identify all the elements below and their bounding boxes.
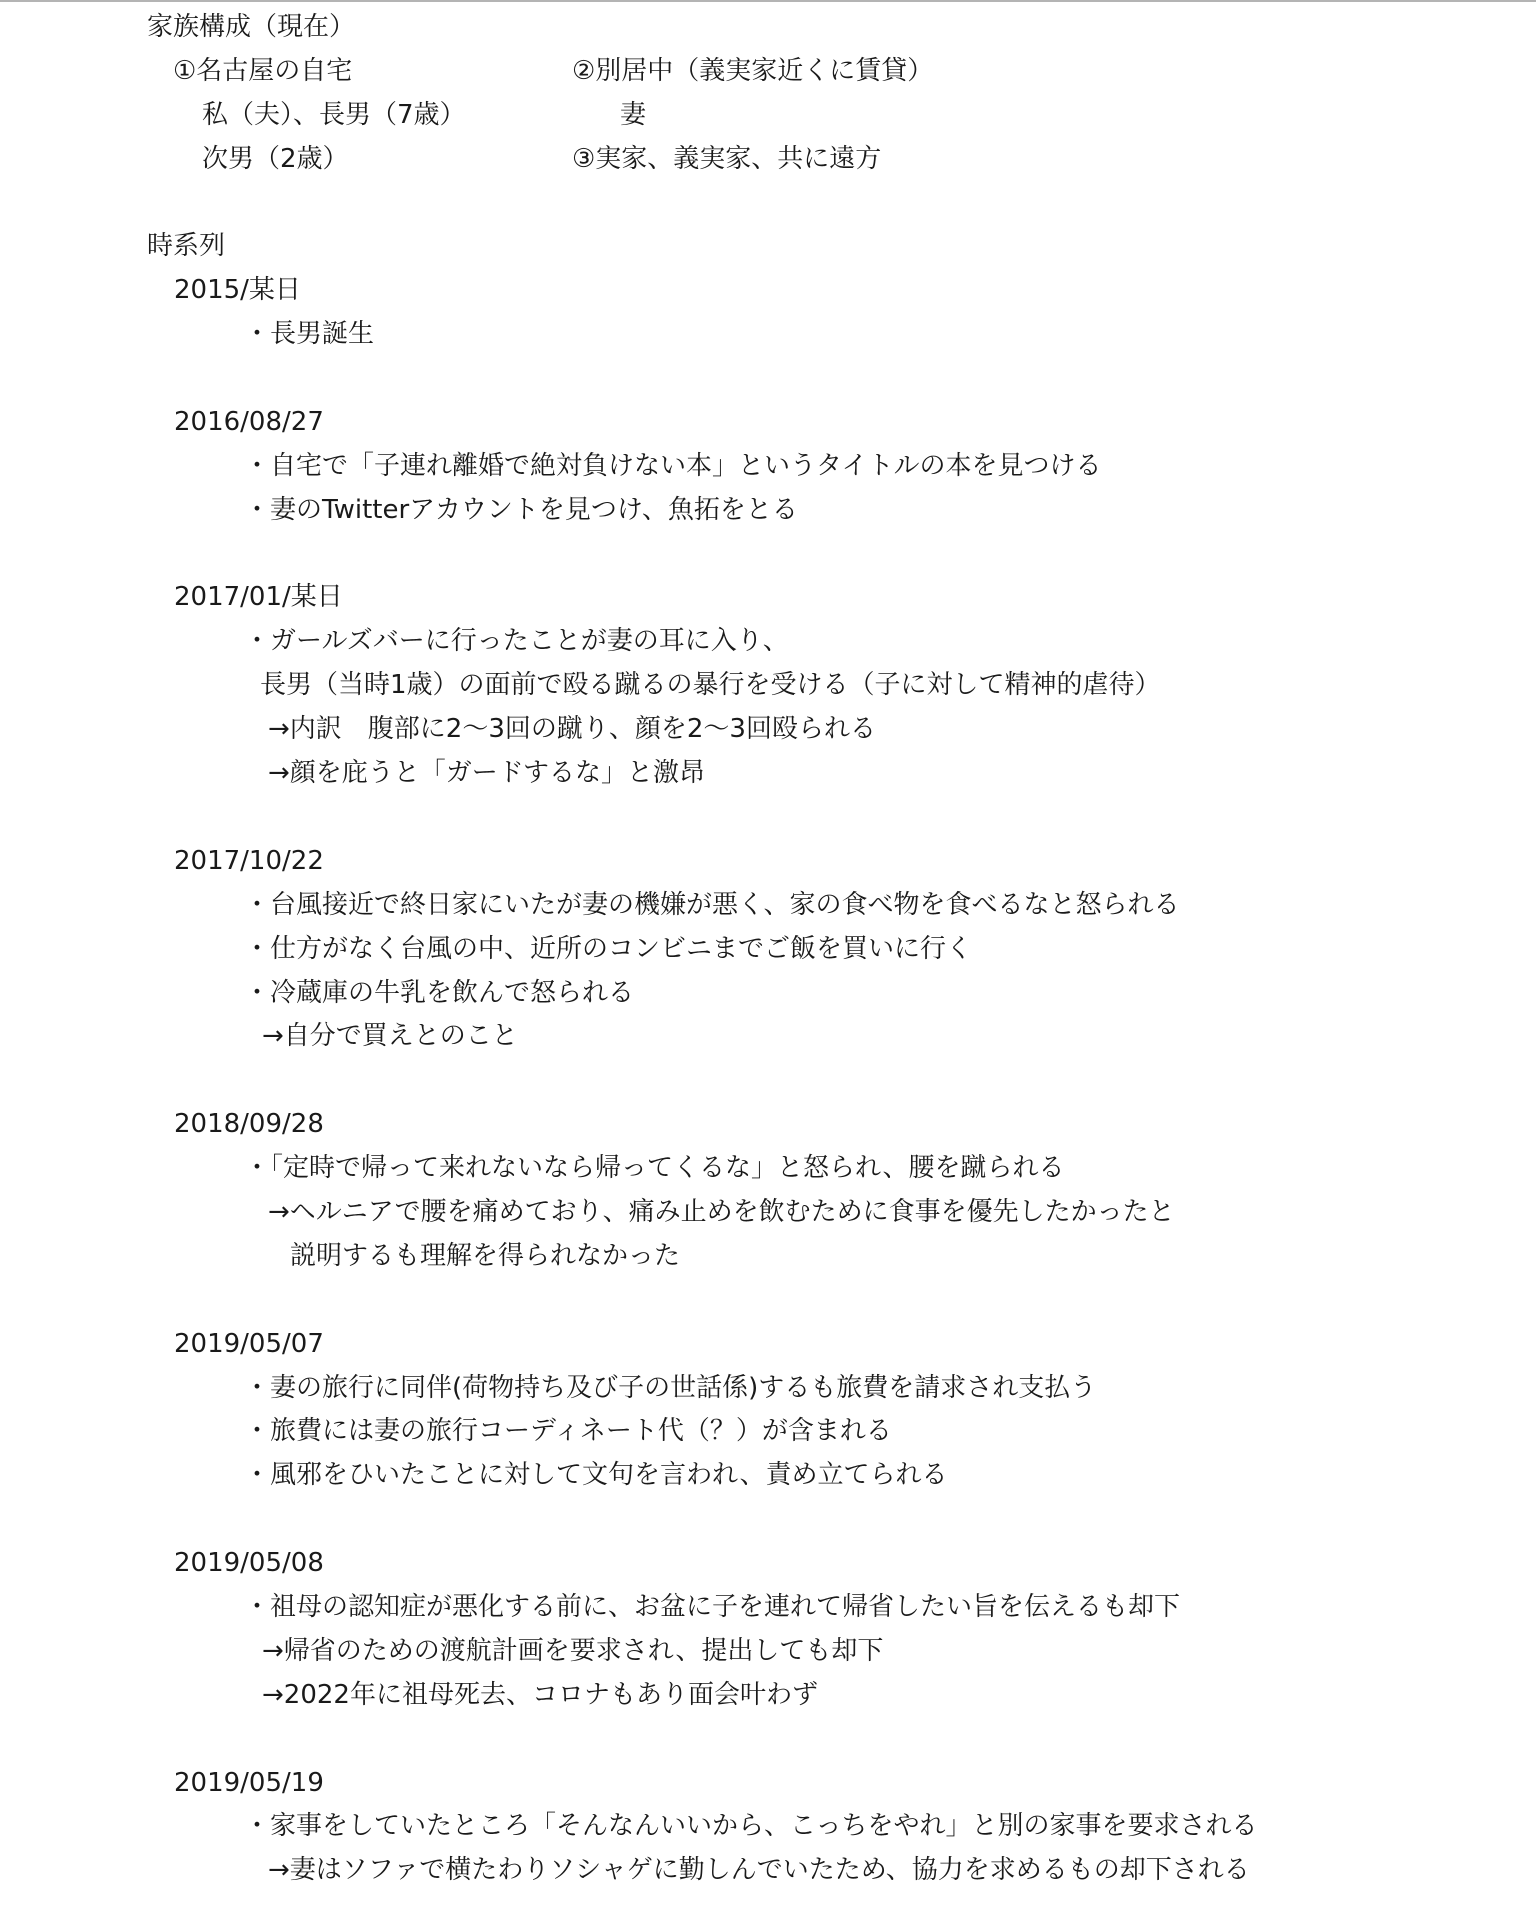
household-3-label: ③実家、義実家、共に遠方 bbox=[572, 137, 881, 181]
timeline-date: 2019/05/19 bbox=[174, 1761, 324, 1805]
timeline-item-note: →妻はソファで横たわりソシャゲに勤しんでいたため、協力を求めるもの却下される bbox=[268, 1848, 1250, 1892]
timeline-item: ・長男誕生 bbox=[244, 312, 374, 356]
timeline-item-note: →自分で買えとのこと bbox=[262, 1014, 518, 1058]
timeline-item: ・妻のTwitterアカウントを見つけ、魚拓をとる bbox=[244, 488, 798, 532]
timeline-date: 2018/09/28 bbox=[174, 1102, 324, 1146]
timeline-item: ・冷蔵庫の牛乳を飲んで怒られる bbox=[244, 971, 634, 1015]
household-2-label: ②別居中（義実家近くに賃貸） bbox=[572, 49, 933, 93]
timeline-item-note: →顔を庇うと「ガードするな」と激昂 bbox=[268, 751, 705, 795]
timeline-heading: 時系列 bbox=[147, 224, 225, 268]
timeline-item: ・仕方がなく台風の中、近所のコンビニまでご飯を買いに行く bbox=[244, 927, 972, 971]
timeline-item-continuation: 説明するも理解を得られなかった bbox=[290, 1234, 680, 1278]
household-1-member-1: 私（夫）、長男（7歳） bbox=[202, 93, 466, 137]
household-1-member-2: 次男（2歳） bbox=[202, 137, 349, 181]
document-body: 家族構成（現在） ①名古屋の自宅 ②別居中（義実家近くに賃貸） 私（夫）、長男（… bbox=[0, 0, 1536, 1908]
timeline-item-note: →帰省のための渡航計画を要求され、提出しても却下 bbox=[262, 1629, 883, 1673]
timeline-date: 2016/08/27 bbox=[174, 400, 324, 444]
timeline-date: 2017/10/22 bbox=[174, 839, 324, 883]
family-heading: 家族構成（現在） bbox=[147, 5, 355, 49]
timeline-item: ・自宅で「子連れ離婚で絶対負けない本」というタイトルの本を見つける bbox=[244, 444, 1101, 488]
timeline-date: 2015/某日 bbox=[174, 268, 301, 312]
timeline-date: 2017/01/某日 bbox=[174, 575, 343, 619]
household-1-label: ①名古屋の自宅 bbox=[173, 49, 352, 93]
timeline-item: ・家事をしていたところ「そんなんいいから、こっちをやれ」と別の家事を要求される bbox=[244, 1804, 1257, 1848]
timeline-item: ・妻の旅行に同伴(荷物持ち及び子の世話係)するも旅費を請求され支払う bbox=[244, 1366, 1096, 1410]
timeline-date: 2019/05/07 bbox=[174, 1322, 324, 1366]
timeline-date: 2019/05/08 bbox=[174, 1541, 324, 1585]
timeline-item: ・祖母の認知症が悪化する前に、お盆に子を連れて帰省したい旨を伝えるも却下 bbox=[244, 1585, 1180, 1629]
timeline-item-continuation: 長男（当時1歳）の面前で殴る蹴るの暴行を受ける（子に対して精神的虐待） bbox=[260, 663, 1161, 707]
timeline-item: ・風邪をひいたことに対して文句を言われ、責め立てられる bbox=[244, 1453, 948, 1497]
timeline-item: ・旅費には妻の旅行コーディネート代（？）が含まれる bbox=[244, 1409, 892, 1453]
household-2-member-1: 妻 bbox=[620, 93, 646, 137]
timeline-item-note: →内訳 腹部に2〜3回の蹴り、顔を2〜3回殴られる bbox=[268, 707, 876, 751]
timeline-item: ・台風接近で終日家にいたが妻の機嫌が悪く、家の食べ物を食べるなと怒られる bbox=[244, 883, 1179, 927]
timeline-item-note: →2022年に祖母死去、コロナもあり面会叶わず bbox=[262, 1673, 818, 1717]
timeline-item-note: →ヘルニアで腰を痛めており、痛み止めを飲むために食事を優先したかったと bbox=[268, 1190, 1175, 1234]
timeline-item: ・「定時で帰って来れないなら帰ってくるな」と怒られ、腰を蹴られる bbox=[244, 1146, 1065, 1190]
timeline-item: ・ガールズバーに行ったことが妻の耳に入り、 bbox=[244, 619, 789, 663]
